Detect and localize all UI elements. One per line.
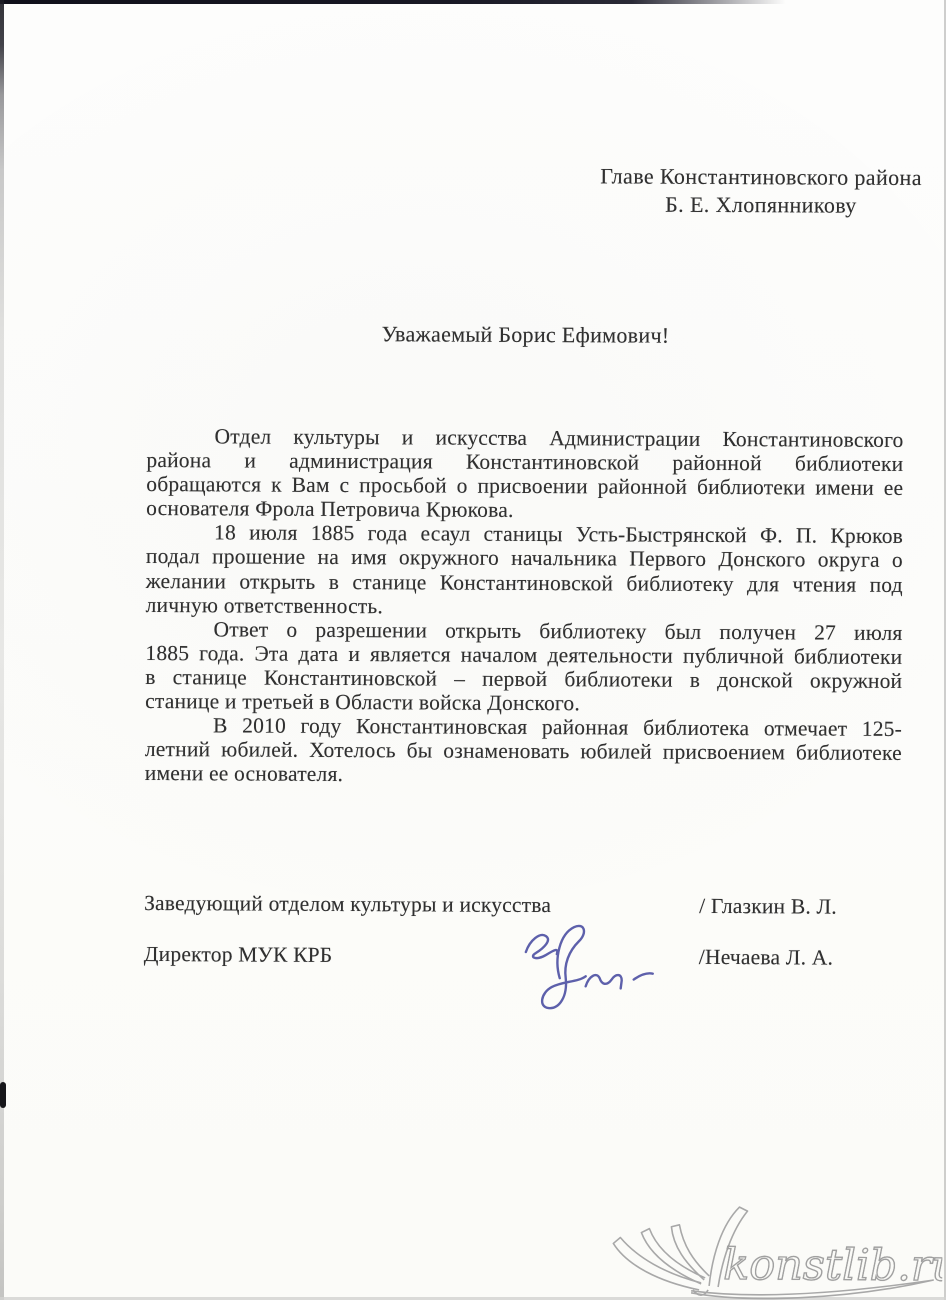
paragraph: Ответ о разрешении открыть библиотеку бы… <box>145 617 902 717</box>
handwritten-signature-icon <box>496 914 672 1015</box>
paragraph: Отдел культуры и искусства Администрации… <box>146 424 903 524</box>
salutation: Уважаемый Борис Ефимович! <box>147 320 904 350</box>
signatory-name: /Нечаева Л. А. <box>699 945 833 971</box>
body-line: желании открыть в станице Константиновск… <box>146 569 903 597</box>
signatory-name: / Глазкин В. Л. <box>699 894 837 920</box>
scanned-letter-page: Главе Константиновского района Б. Е. Хло… <box>0 0 946 1300</box>
watermark-book-logo: konstlib.ru <box>597 1199 943 1300</box>
body-line: личную ответственность. <box>146 593 903 621</box>
watermark-text: konstlib.ru <box>723 1240 942 1291</box>
addressee-line-2: Б. Е. Хлопянникову <box>600 190 922 220</box>
signatory-title: Заведующий отделом культуры и искусства <box>144 891 551 917</box>
body-line: подал прошение на имя окружного начальни… <box>146 544 903 572</box>
letter-content: Главе Константиновского района Б. Е. Хло… <box>0 0 946 1300</box>
signatory-title: Директор МУК КРБ <box>144 942 333 967</box>
paragraph: В 2010 году Константиновская районная би… <box>145 713 902 789</box>
letter-body: Отдел культуры и искусства Администрации… <box>145 424 904 789</box>
addressee-line-1: Главе Константиновского района <box>600 162 922 192</box>
body-line: имени ее основателя. <box>145 761 902 789</box>
addressee-block: Главе Константиновского района Б. Е. Хло… <box>600 162 922 220</box>
paragraph: 18 июля 1885 года есаул станицы Усть-Быс… <box>146 520 903 620</box>
